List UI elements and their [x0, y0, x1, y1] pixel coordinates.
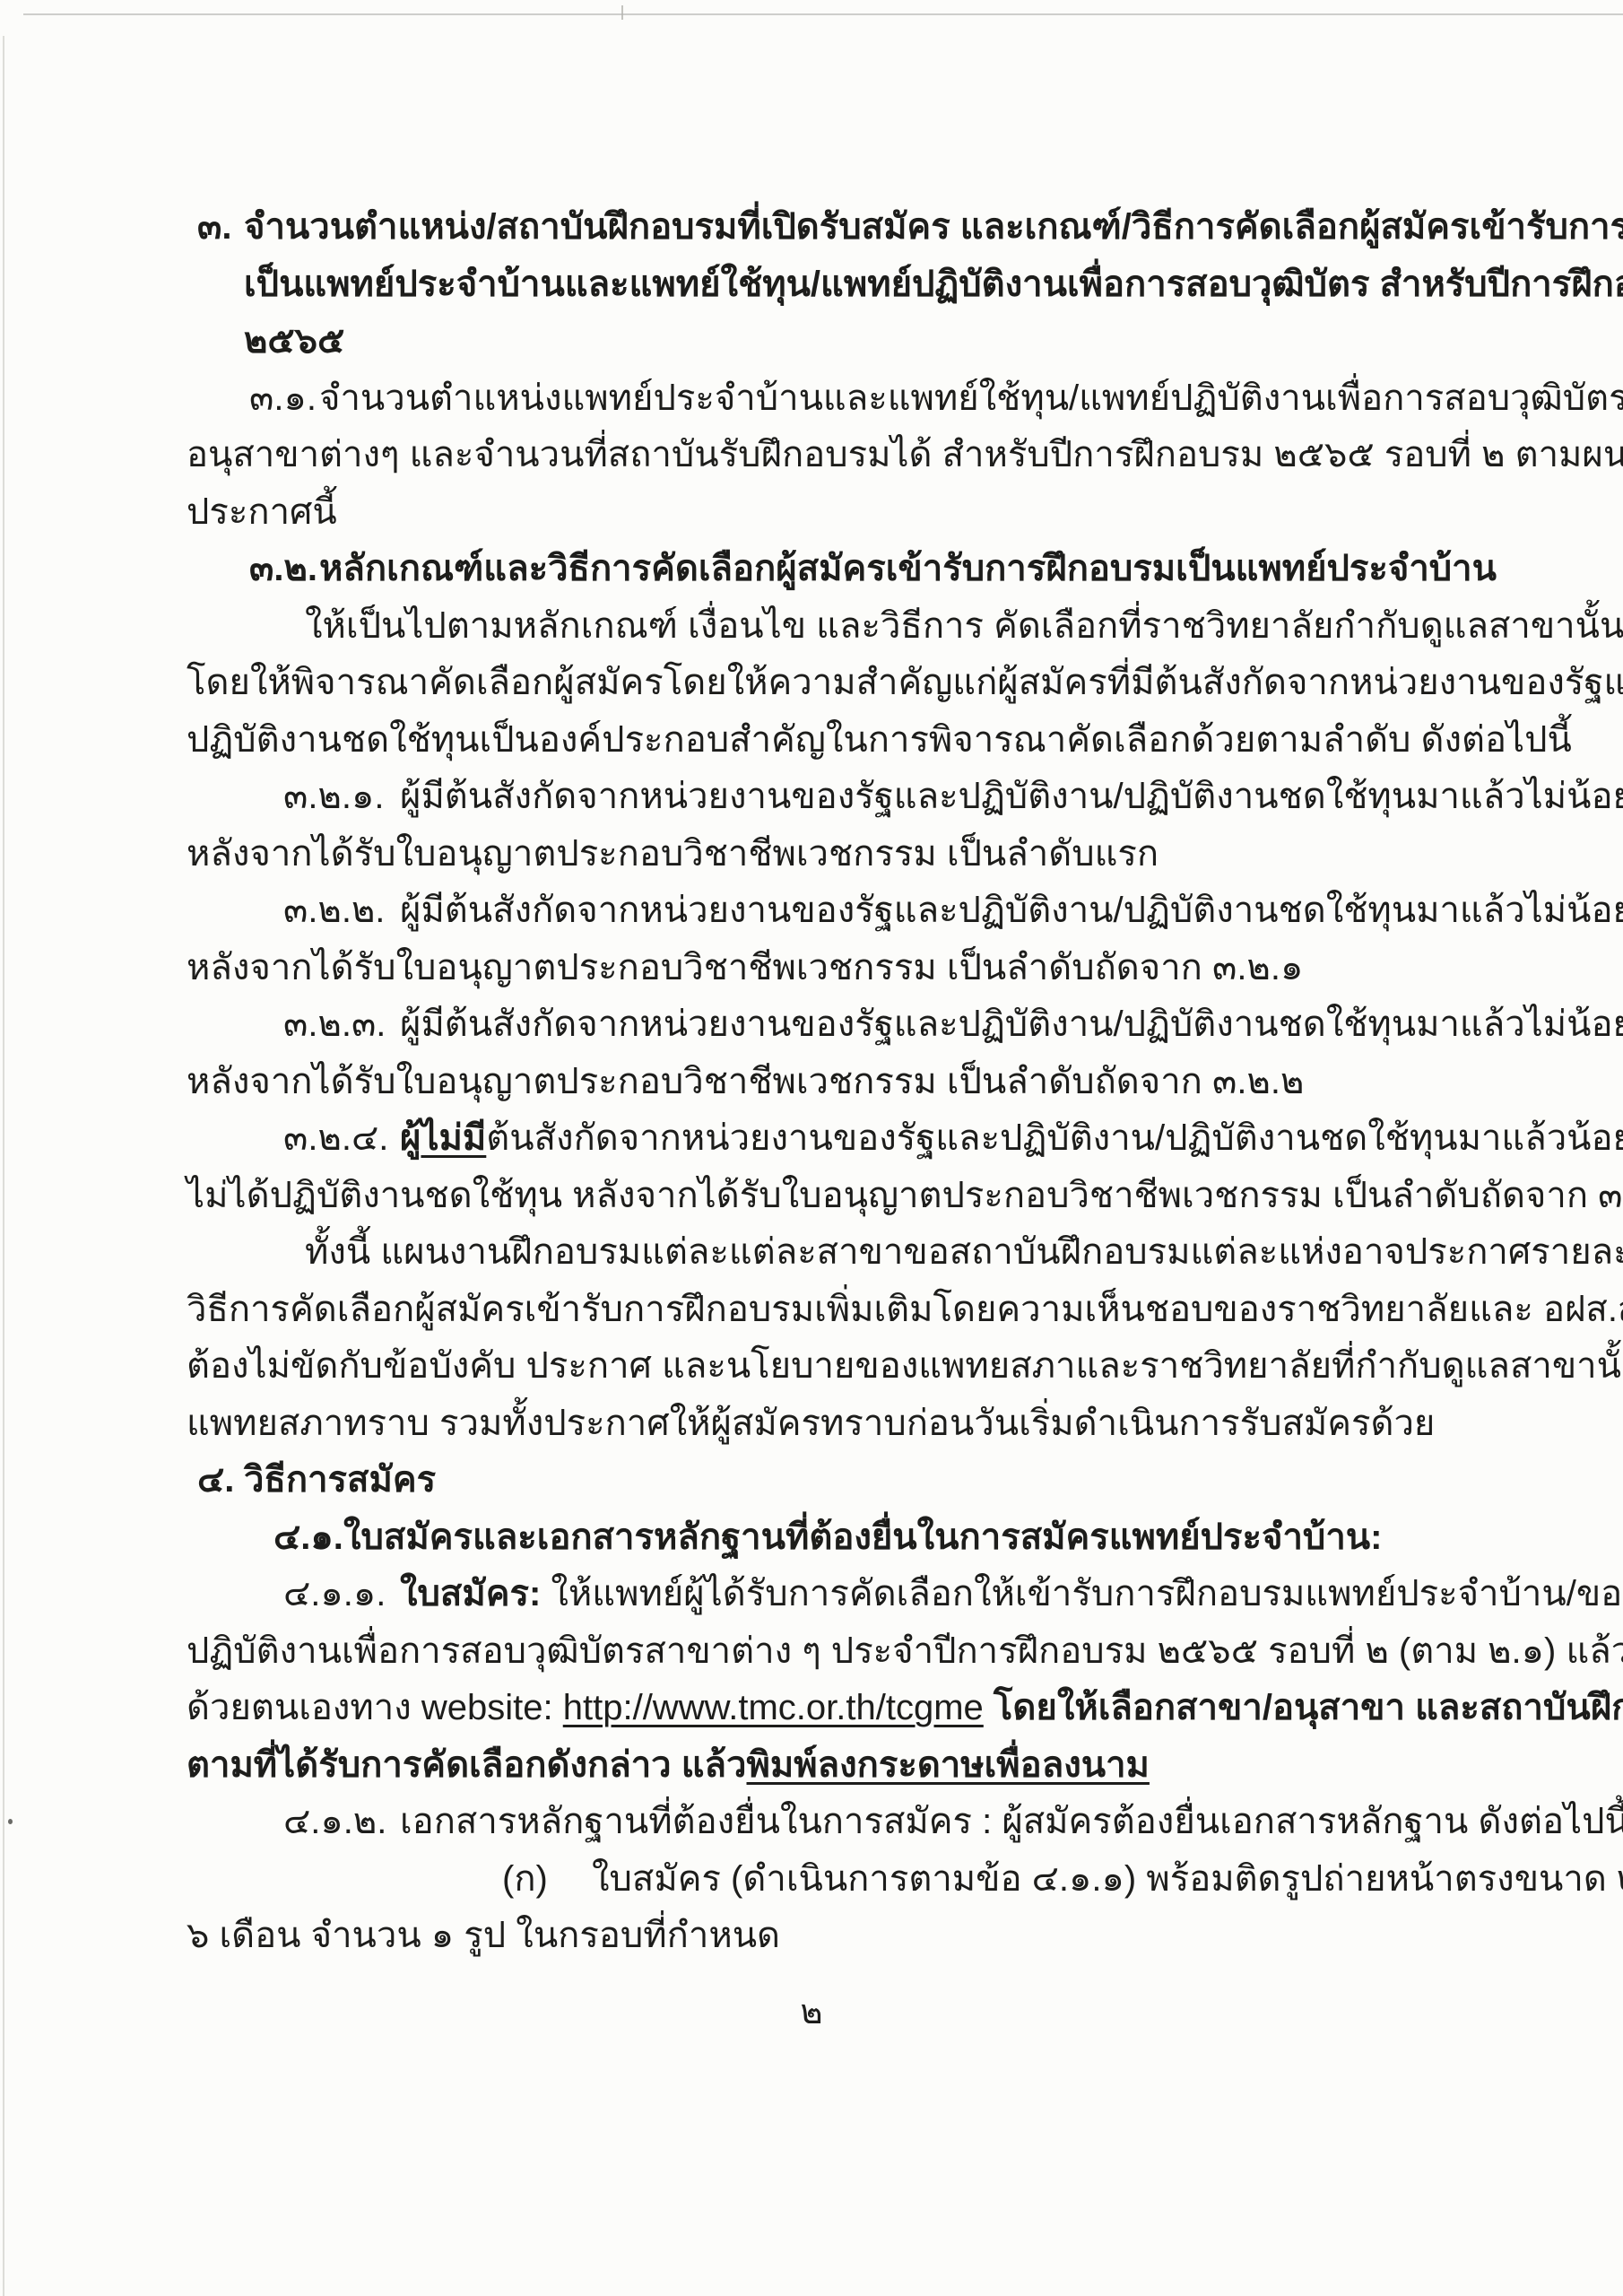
text-line-25: ๔.๑.๑.ใบสมัคร: ให้แพทย์ผู้ได้รับการคัดเล… — [0, 1566, 1524, 1623]
text-segment: ใบสมัครและเอกสารหลักฐานที่ต้องยื่นในการส… — [343, 1518, 1382, 1557]
text-line-20: วิธีการคัดเลือกผู้สมัครเข้ารับการฝึกอบรม… — [0, 1282, 1524, 1339]
text-segment: จำนวนตำแหน่ง/สถาบันฝึกอบรมที่เปิดรับสมัค… — [244, 207, 1623, 247]
scan-artifact-top-edge-line — [23, 13, 1623, 15]
text-segment: ผู้มีต้นสังกัดจากหน่วยงานของรัฐและปฏิบัต… — [400, 777, 1623, 816]
page-number: ๒ — [0, 1984, 1623, 2041]
text-segment: วิธีการคัดเลือกผู้สมัครเข้ารับการฝึกอบรม… — [187, 1290, 1623, 1329]
text-segment: ปฏิบัติงานเพื่อการสอบวุฒิบัตรสาขาต่าง ๆ … — [187, 1631, 1623, 1671]
text-segment: ทั้งนี้ แผนงานฝึกอบรมแต่ละแต่ละสาขาขอสถา… — [305, 1232, 1623, 1272]
item-number: ๓.๒.๑. — [283, 769, 400, 826]
scan-artifact-top-notch — [621, 5, 623, 20]
text-segment: ไม่ได้ปฏิบัติงานชดใช้ทุน หลังจากได้รับใบ… — [187, 1176, 1623, 1215]
text-segment: ไม่มี — [421, 1118, 486, 1158]
text-line-10: ปฏิบัติงานชดใช้ทุนเป็นองค์ประกอบสำคัญในก… — [0, 712, 1524, 770]
text-line-19: ทั้งนี้ แผนงานฝึกอบรมแต่ละแต่ละสาขาขอสถา… — [0, 1224, 1524, 1282]
text-line-14: หลังจากได้รับใบอนุญาตประกอบวิชาชีพเวชกรร… — [0, 940, 1524, 997]
text-line-13: ๓.๒.๒.ผู้มีต้นสังกัดจากหน่วยงานของรัฐและ… — [0, 883, 1524, 940]
text-segment: ต้องไม่ขัดกับข้อบังคับ ประกาศ และนโยบายข… — [187, 1346, 1623, 1386]
text-line-11: ๓.๒.๑.ผู้มีต้นสังกัดจากหน่วยงานของรัฐและ… — [0, 769, 1524, 826]
text-line-5: อนุสาขาต่างๆ และจำนวนที่สถาบันรับฝึกอบรม… — [0, 427, 1524, 484]
text-segment: จำนวนตำแหน่งแพทย์ประจำบ้านและแพทย์ใช้ทุน… — [319, 378, 1623, 418]
text-line-26: ปฏิบัติงานเพื่อการสอบวุฒิบัตรสาขาต่าง ๆ … — [0, 1623, 1524, 1681]
text-line-24: ๔.๑.ใบสมัครและเอกสารหลักฐานที่ต้องยื่นใน… — [0, 1509, 1524, 1567]
text-segment: หลังจากได้รับใบอนุญาตประกอบวิชาชีพเวชกรร… — [187, 948, 1303, 987]
text-segment: หลักเกณฑ์และวิธีการคัดเลือกผู้สมัครเข้าร… — [319, 549, 1497, 588]
scanned-document-page: ๓.จำนวนตำแหน่ง/สถาบันฝึกอบรมที่เปิดรับสม… — [0, 0, 1623, 2296]
text-segment: ใบสมัคร: — [400, 1574, 551, 1613]
item-number: ๓.๒.๒. — [283, 883, 400, 940]
text-segment: ให้แพทย์ผู้ได้รับการคัดเลือกให้เข้ารับกา… — [551, 1574, 1623, 1613]
text-segment: เอกสารหลักฐานที่ต้องยื่นในการสมัคร : ผู้… — [400, 1802, 1623, 1841]
text-segment: ให้เป็นไปตามหลักเกณฑ์ เงื่อนไข และวิธีกา… — [305, 606, 1623, 646]
item-number: ๓. — [197, 199, 244, 257]
website-link: http://www.tmc.or.th/tcgme — [563, 1688, 984, 1727]
text-line-15: ๓.๒.๓.ผู้มีต้นสังกัดจากหน่วยงานของรัฐและ… — [0, 996, 1524, 1054]
text-segment: ผู้ — [400, 1118, 421, 1158]
item-number: ๓.๒.๔. — [283, 1110, 400, 1168]
text-segment: ประกาศนี้ — [187, 492, 337, 532]
item-number: ๔.๑.๑. — [283, 1566, 400, 1623]
text-segment: โดยให้พิจารณาคัดเลือกผู้สมัครโดยให้ความส… — [187, 663, 1623, 702]
text-segment: หลังจากได้รับใบอนุญาตประกอบวิชาชีพเวชกรร… — [187, 834, 1159, 874]
item-number: ๓.๑. — [249, 370, 319, 428]
text-line-22: แพทยสภาทราบ รวมทั้งประกาศให้ผู้สมัครทราบ… — [0, 1396, 1524, 1453]
text-line-1: ๓.จำนวนตำแหน่ง/สถาบันฝึกอบรมที่เปิดรับสม… — [0, 199, 1524, 257]
item-number: ๔.๑.๒. — [283, 1794, 400, 1851]
text-segment: ๖ เดือน จำนวน ๑ รูป ในกรอบที่กำหนด — [187, 1916, 780, 1955]
text-line-30: (ก)ใบสมัคร (ดำเนินการตามข้อ ๔.๑.๑) พร้อม… — [0, 1851, 1524, 1909]
document-text-block: ๓.จำนวนตำแหน่ง/สถาบันฝึกอบรมที่เปิดรับสม… — [0, 199, 1623, 1965]
item-number: ๓.๒.๓. — [283, 996, 400, 1054]
text-segment: พิมพ์ลงกระดาษเพื่อลงนาม — [747, 1745, 1150, 1785]
text-line-7: ๓.๒.หลักเกณฑ์และวิธีการคัดเลือกผู้สมัครเ… — [0, 541, 1524, 598]
text-line-16: หลังจากได้รับใบอนุญาตประกอบวิชาชีพเวชกรร… — [0, 1054, 1524, 1111]
text-segment: ต้นสังกัดจากหน่วยงานของรัฐและปฏิบัติงาน/… — [486, 1118, 1623, 1158]
text-segment: โดยให้เลือกสาขา/อนุสาขา และสถาบันฝึกอบรม — [994, 1688, 1623, 1727]
text-segment: แพทยสภาทราบ รวมทั้งประกาศให้ผู้สมัครทราบ… — [187, 1404, 1435, 1443]
text-line-23: ๔.วิธีการสมัคร — [0, 1452, 1524, 1509]
text-segment: หลังจากได้รับใบอนุญาตประกอบวิชาชีพเวชกรร… — [187, 1062, 1304, 1101]
text-line-2: เป็นแพทย์ประจำบ้านและแพทย์ใช้ทุน/แพทย์ปฏ… — [0, 257, 1524, 314]
text-line-12: หลังจากได้รับใบอนุญาตประกอบวิชาชีพเวชกรร… — [0, 826, 1524, 883]
text-line-29: ๔.๑.๒.เอกสารหลักฐานที่ต้องยื่นในการสมัคร… — [0, 1794, 1524, 1851]
text-line-9: โดยให้พิจารณาคัดเลือกผู้สมัครโดยให้ความส… — [0, 655, 1524, 712]
text-line-18: ไม่ได้ปฏิบัติงานชดใช้ทุน หลังจากได้รับใบ… — [0, 1168, 1524, 1225]
text-line-31: ๖ เดือน จำนวน ๑ รูป ในกรอบที่กำหนด — [0, 1908, 1524, 1965]
text-segment: อนุสาขาต่างๆ และจำนวนที่สถาบันรับฝึกอบรม… — [187, 435, 1623, 474]
text-line-21: ต้องไม่ขัดกับข้อบังคับ ประกาศ และนโยบายข… — [0, 1338, 1524, 1396]
item-number: ๔.๑. — [273, 1509, 343, 1567]
text-line-27: ด้วยตนเองทาง website: http://www.tmc.or.… — [0, 1680, 1524, 1737]
text-segment: ผู้มีต้นสังกัดจากหน่วยงานของรัฐและปฏิบัต… — [400, 891, 1623, 930]
text-line-3: ๒๕๖๕ — [0, 313, 1524, 370]
text-segment: ปฏิบัติงานชดใช้ทุนเป็นองค์ประกอบสำคัญในก… — [187, 720, 1572, 760]
text-line-4: ๓.๑.จำนวนตำแหน่งแพทย์ประจำบ้านและแพทย์ใช… — [0, 370, 1524, 428]
text-segment: วิธีการสมัคร — [244, 1460, 436, 1500]
text-line-28: ตามที่ได้รับการคัดเลือกดังกล่าว แล้วพิมพ… — [0, 1737, 1524, 1795]
text-segment: ตามที่ได้รับการคัดเลือกดังกล่าว แล้ว — [187, 1745, 747, 1785]
text-segment: เป็นแพทย์ประจำบ้านและแพทย์ใช้ทุน/แพทย์ปฏ… — [244, 265, 1623, 304]
text-line-8: ให้เป็นไปตามหลักเกณฑ์ เงื่อนไข และวิธีกา… — [0, 598, 1524, 656]
item-number: ๔. — [197, 1452, 244, 1509]
text-segment: ผู้มีต้นสังกัดจากหน่วยงานของรัฐและปฏิบัต… — [400, 1004, 1623, 1044]
text-segment — [984, 1688, 994, 1727]
item-number: ๓.๒. — [249, 541, 319, 598]
item-number: (ก) — [502, 1851, 592, 1909]
text-line-6: ประกาศนี้ — [0, 484, 1524, 542]
text-line-17: ๓.๒.๔.ผู้ไม่มีต้นสังกัดจากหน่วยงานของรัฐ… — [0, 1110, 1524, 1168]
text-segment: ใบสมัคร (ดำเนินการตามข้อ ๔.๑.๑) พร้อมติด… — [592, 1859, 1623, 1899]
text-segment: ๒๕๖๕ — [244, 321, 344, 361]
text-segment: ด้วยตนเองทาง website: — [187, 1688, 563, 1727]
